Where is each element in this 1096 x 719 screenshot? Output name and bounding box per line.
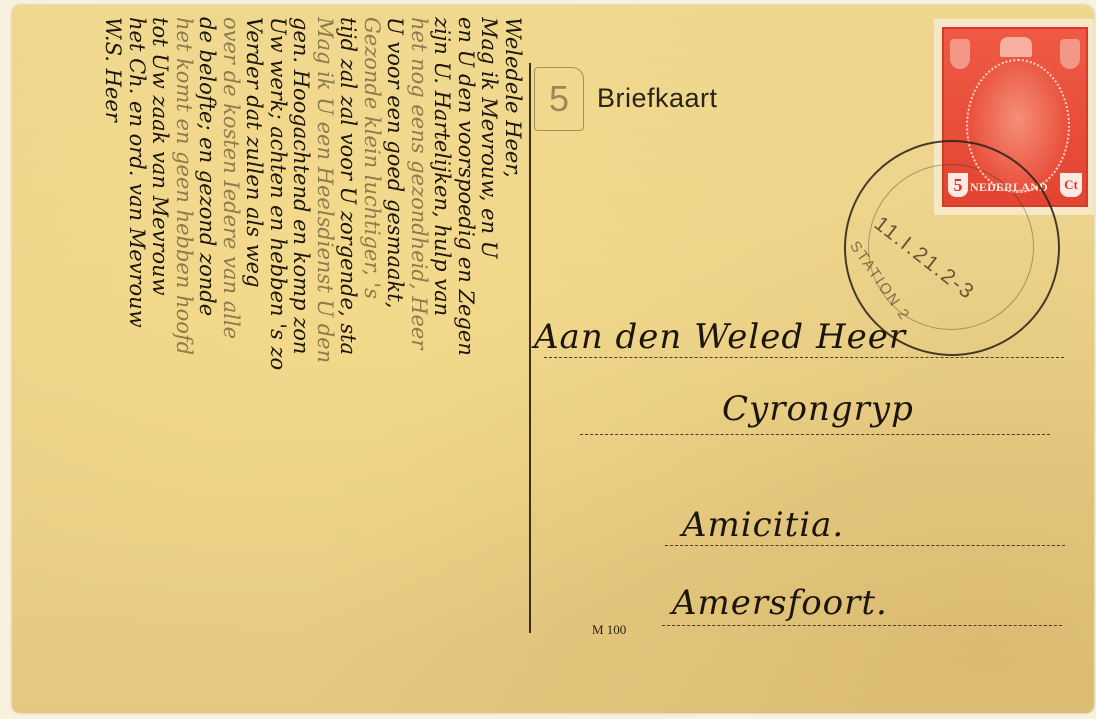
message-line: U voor een goed gesmaakt,	[383, 17, 407, 713]
address-line-1	[544, 357, 1064, 358]
message-line: Gezonde klein luchtiger, 's	[360, 17, 384, 713]
coat-of-arms-icon	[1060, 39, 1080, 69]
message-line: tijd zal zal voor U zorgende, sta	[336, 17, 360, 713]
address-name: Cyrongryp	[722, 389, 914, 429]
message-line: Mag ik Mevrouw, en U	[477, 17, 501, 713]
address-line-3	[665, 545, 1065, 546]
address-recipient: Aan den Weled Heer	[534, 317, 906, 357]
message-line: Weledele Heer,	[501, 17, 525, 713]
address-line-4	[662, 625, 1062, 626]
address-line-2	[580, 434, 1050, 435]
card-title: Briefkaart	[597, 83, 718, 114]
message-line: Mag ik U een Heelsdienst U den	[313, 17, 337, 713]
stamp-currency: Ct	[1060, 173, 1082, 197]
message-address-divider	[529, 63, 531, 633]
message-line: het komt en geen hebben hoofd	[172, 17, 196, 713]
message-line: Uw werk; achten en hebben 's zo	[266, 17, 290, 713]
message-line: over de kosten Iedere van alle	[219, 17, 243, 713]
address-street: Amicitia.	[682, 505, 844, 545]
message-line: zijn U. Hartelijken, hulp van	[430, 17, 454, 713]
model-code: M 100	[592, 622, 626, 638]
message-line: gen. Hoogachtend en komp zon	[289, 17, 313, 713]
message-line: Verder dat zullen als weg	[242, 17, 266, 713]
handwritten-message: Weledele Heer, Mag ik Mevrouw, en U en U…	[101, 17, 524, 713]
postcard: Weledele Heer, Mag ik Mevrouw, en U en U…	[12, 5, 1094, 713]
censor-mark: 5	[534, 67, 584, 131]
message-line: het Ch. en ord. van Mevrouw	[125, 17, 149, 713]
message-line: en U den voorspoedig en Zegen	[454, 17, 478, 713]
coat-of-arms-icon	[950, 39, 970, 69]
crown-icon	[1000, 37, 1032, 57]
message-line: tot Uw zaak van Mevrouw	[148, 17, 172, 713]
message-line: de belofte; en gezond zonde	[195, 17, 219, 713]
message-line: het nog eens gezondheid, Heer	[407, 17, 431, 713]
message-area: Weledele Heer, Mag ik Mevrouw, en U en U…	[12, 5, 529, 713]
address-city: Amersfoort.	[672, 583, 888, 623]
message-line: W.S. Heer	[101, 17, 125, 713]
